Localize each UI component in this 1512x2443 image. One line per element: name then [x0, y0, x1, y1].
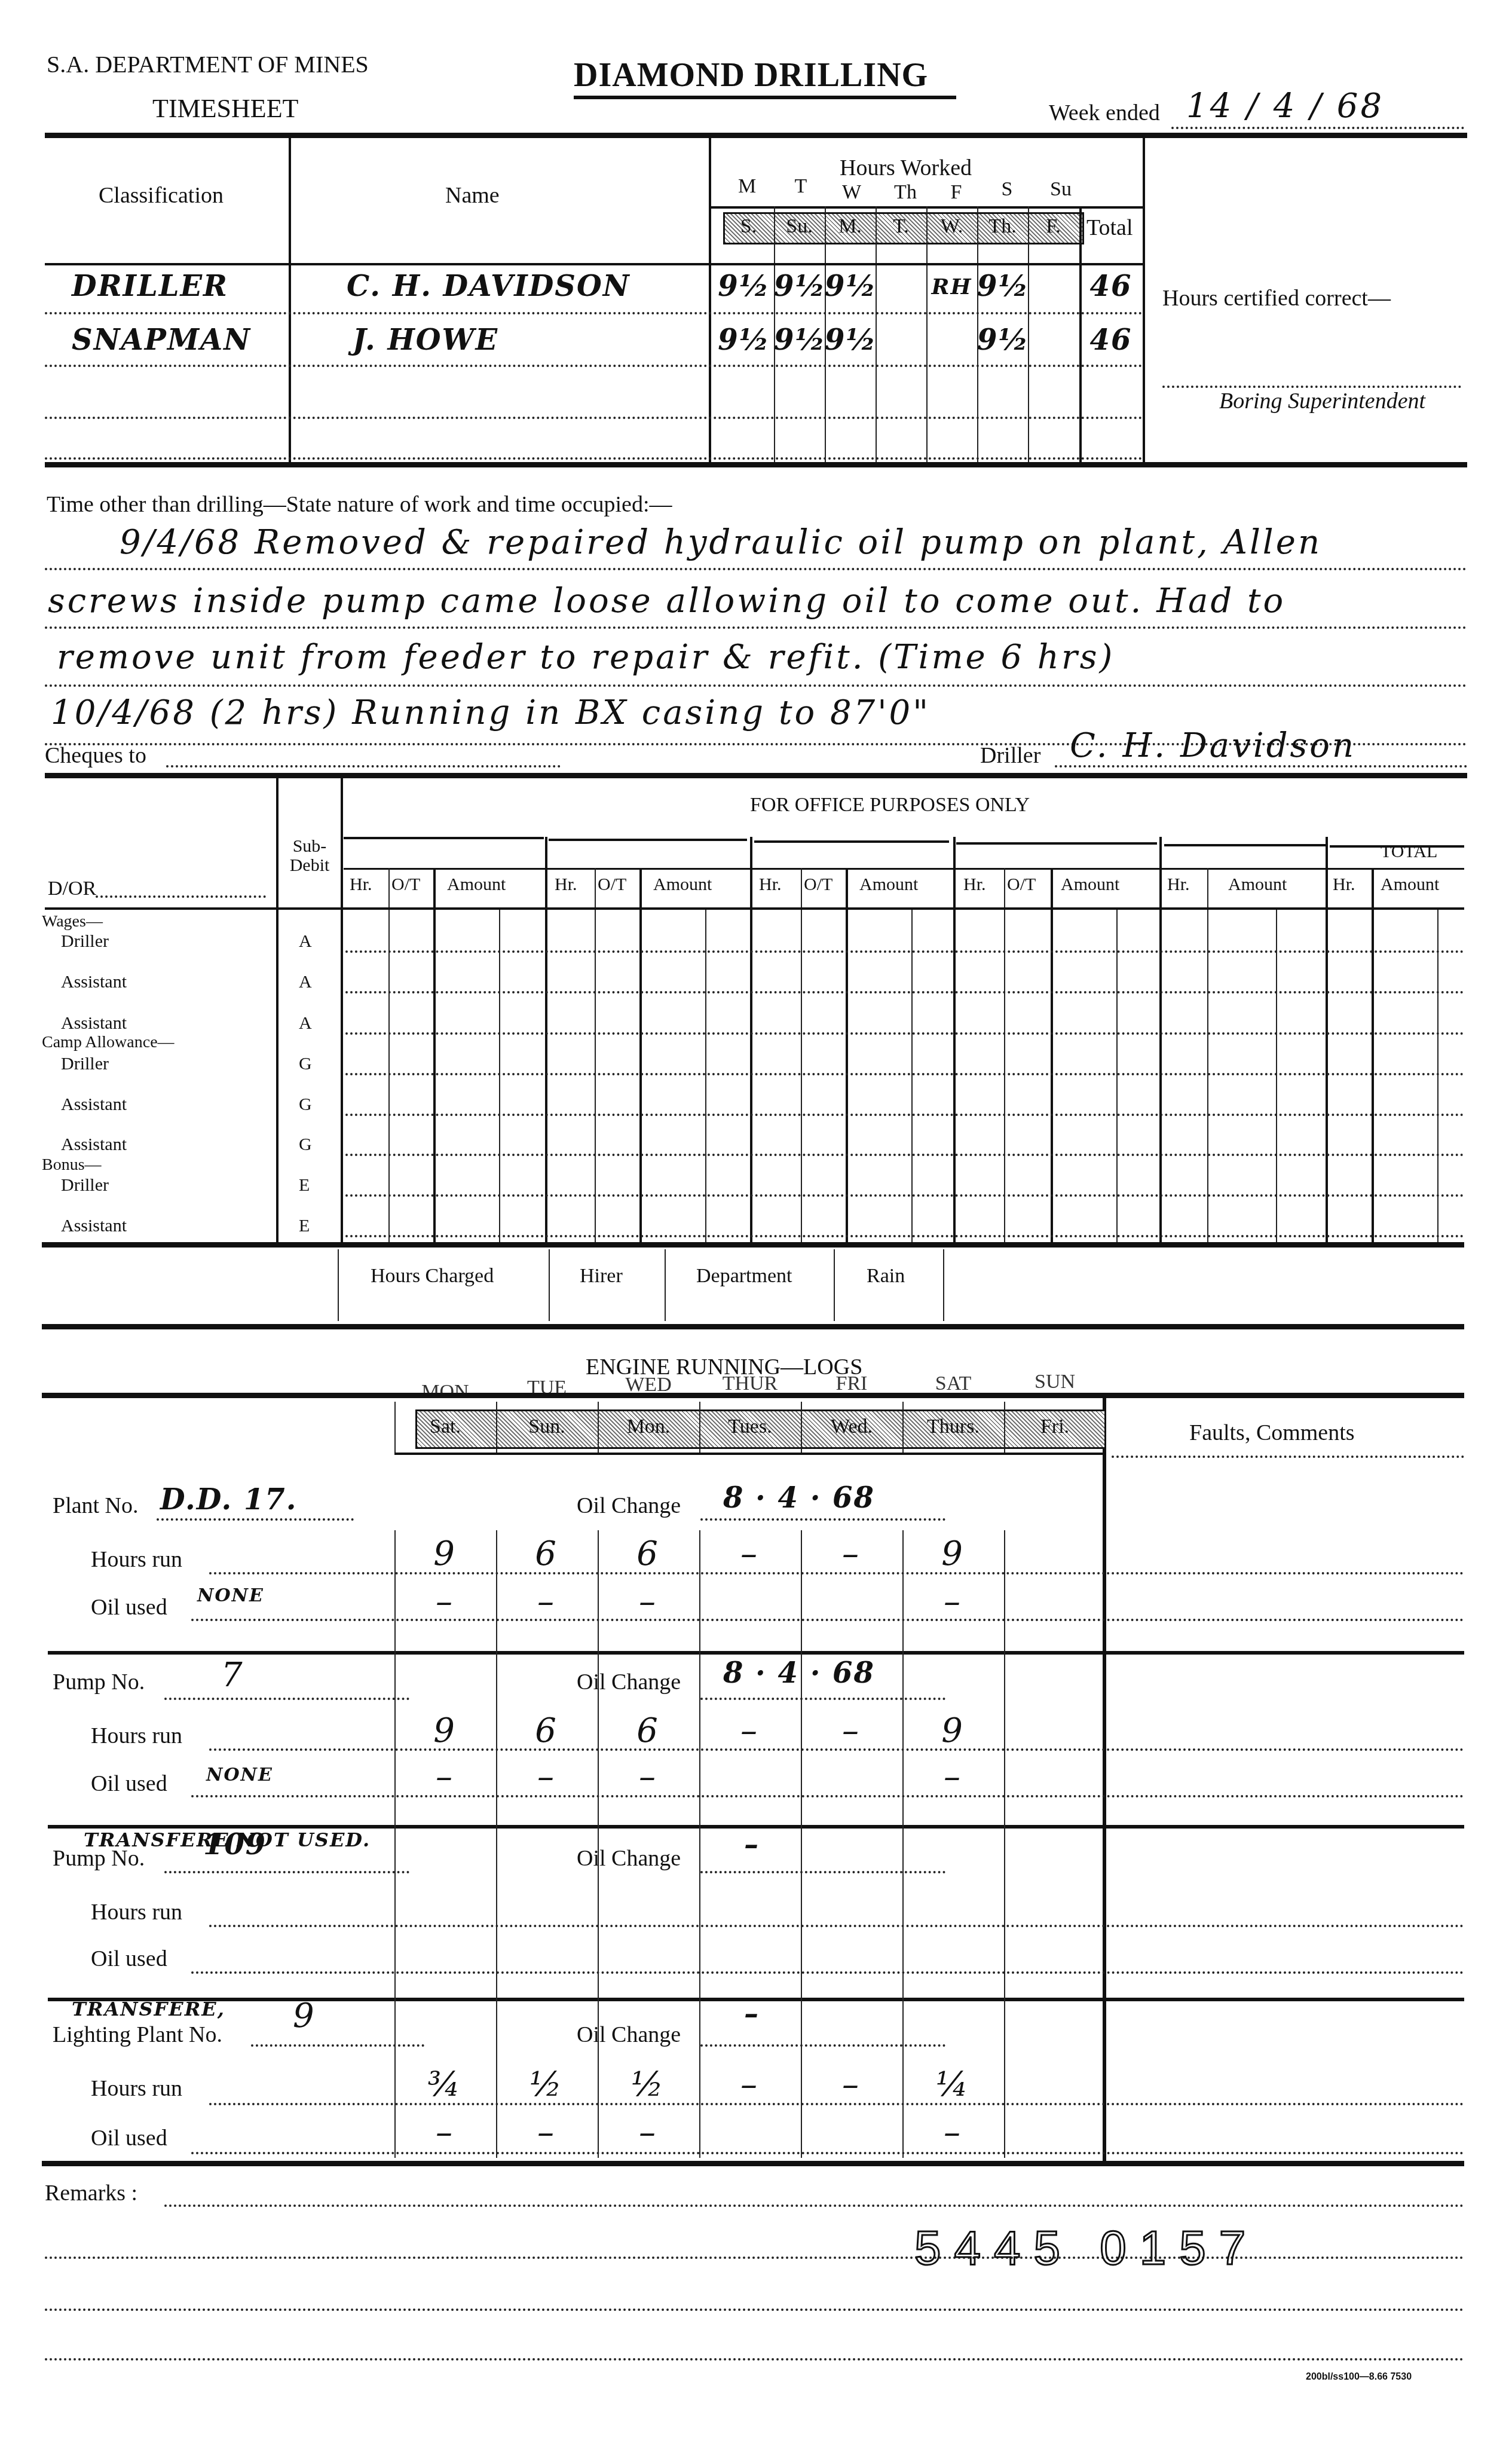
- write-line: [45, 684, 1467, 687]
- row-line: [345, 1194, 1464, 1197]
- divider: [388, 868, 390, 1246]
- day-letter: Th: [890, 182, 920, 203]
- oil-used-label: Oil used: [91, 1772, 167, 1795]
- write-line: [45, 626, 1467, 629]
- office-title: FOR OFFICE PURPOSES ONLY: [750, 795, 1030, 815]
- col-hr: Hr.: [1333, 876, 1355, 894]
- oil-change-label: Oil Change: [577, 1494, 681, 1517]
- shaded-day: Th.: [977, 216, 1028, 237]
- day-letter: T: [789, 176, 813, 197]
- col-hr: Hr.: [350, 876, 372, 894]
- week-ended-label: Week ended: [1049, 102, 1160, 124]
- subdebit-code: A: [299, 932, 312, 950]
- printed-day: Tues.: [699, 1417, 801, 1437]
- hours-run-cell[interactable]: 9: [394, 1537, 496, 1571]
- hours-run-cell[interactable]: –: [801, 1714, 902, 1748]
- divider: [699, 1530, 700, 2158]
- row-line: [45, 457, 1143, 460]
- divider: [1164, 844, 1326, 846]
- divider: [45, 907, 1464, 910]
- pump-no-value[interactable]: 7: [221, 1659, 245, 1692]
- row-line: [209, 2103, 1464, 2105]
- field-line: [251, 2044, 424, 2047]
- driller-signature-line: [1055, 765, 1467, 768]
- divider: [834, 1249, 835, 1321]
- hours-run-cell[interactable]: 9: [902, 1537, 1004, 1571]
- col-hr: Hr.: [1167, 876, 1190, 894]
- hours-worked-header: Hours Worked: [840, 157, 972, 179]
- col-amount: Amount: [653, 876, 712, 894]
- oil-used-cell[interactable]: –: [902, 1585, 1004, 1619]
- divider: [1143, 137, 1145, 462]
- col-hr: Hr.: [963, 876, 986, 894]
- print-code: 200bl/ss100—8.66 7530: [1306, 2372, 1412, 2383]
- oil-change-value[interactable]: –: [744, 1999, 760, 2028]
- row-line: [345, 1073, 1464, 1075]
- subdebit-code: A: [299, 973, 312, 991]
- oil-used-note[interactable]: NONE: [206, 1766, 273, 1784]
- shaded-day: Su.: [774, 216, 825, 237]
- superintendent-label: Boring Superintendent: [1219, 390, 1425, 412]
- divider: [545, 837, 547, 1246]
- group-label: Camp Allowance—: [42, 1034, 175, 1051]
- divider: [1207, 868, 1208, 1246]
- row-line: [191, 1619, 1464, 1621]
- name-header: Name: [445, 184, 500, 207]
- printed-day: Fri.: [1004, 1417, 1106, 1437]
- divider: [926, 206, 928, 462]
- col-amount: Amount: [1061, 876, 1119, 894]
- day-letter: M: [735, 176, 759, 197]
- row-line: [209, 1572, 1464, 1574]
- section-rule: [45, 462, 1467, 467]
- oil-change-label: Oil Change: [577, 2023, 681, 2046]
- row-label: Assistant: [61, 1217, 127, 1235]
- divider: [754, 840, 949, 843]
- col-hr: Hr.: [759, 876, 782, 894]
- printed-day: Sun.: [496, 1417, 598, 1437]
- hours-run-cell[interactable]: 6: [496, 1537, 598, 1571]
- divider: [496, 1530, 497, 2158]
- day-letter: F: [944, 182, 968, 203]
- col-amount: Amount: [447, 876, 506, 894]
- day-hand: SAT: [902, 1374, 1004, 1394]
- classification-header: Classification: [99, 184, 224, 207]
- lighting-plant-label: Lighting Plant No.: [53, 2023, 222, 2046]
- hours-run-cell[interactable]: –: [699, 1714, 801, 1748]
- divider: [394, 1402, 396, 1453]
- divider: [496, 1402, 497, 1453]
- divider: [289, 137, 291, 462]
- rain-label: Rain: [867, 1266, 905, 1286]
- divider: [433, 868, 436, 1246]
- col-hr: Hr.: [555, 876, 577, 894]
- shaded-day: F.: [1028, 216, 1079, 237]
- oil-used-cell[interactable]: –: [598, 1760, 699, 1794]
- divider: [953, 837, 956, 1246]
- hours-cell[interactable]: 9½: [977, 272, 1028, 301]
- oil-used-label: Oil used: [91, 1947, 167, 1970]
- hours-run-cell[interactable]: 9: [394, 1714, 496, 1748]
- divider: [1051, 868, 1053, 1246]
- hours-run-cell[interactable]: ½: [496, 2068, 598, 2102]
- row-line: [345, 950, 1464, 953]
- oil-used-label: Oil used: [91, 1596, 167, 1619]
- title-underline: [574, 96, 956, 99]
- comment-line[interactable]: [1112, 1456, 1464, 1458]
- section-rule: [45, 773, 1467, 778]
- subdebit-code: A: [299, 1014, 312, 1032]
- header-bottom-rule: [45, 263, 1143, 265]
- hours-run-cell[interactable]: –: [699, 2068, 801, 2102]
- department-label: Department: [696, 1266, 792, 1286]
- oil-used-cell[interactable]: –: [902, 1760, 1004, 1794]
- oil-used-note[interactable]: NONE: [197, 1587, 264, 1605]
- divider: [1004, 868, 1005, 1246]
- divider: [846, 868, 848, 1246]
- section-rule: [42, 1242, 1464, 1248]
- row-line: [345, 1032, 1464, 1035]
- divider: [956, 842, 1157, 845]
- oil-change-value[interactable]: –: [744, 1830, 760, 1859]
- section-rule: [42, 1324, 1464, 1329]
- row-line: [345, 991, 1464, 993]
- pump-no-value[interactable]: 109: [203, 1830, 267, 1859]
- row-line: [191, 2152, 1464, 2154]
- row-line: [45, 365, 1143, 367]
- divider: [276, 778, 278, 1246]
- total-label: TOTAL: [1381, 843, 1437, 861]
- oil-used-cell[interactable]: –: [598, 2116, 699, 2150]
- signature-line[interactable]: [1162, 386, 1461, 388]
- day-hand: THUR: [699, 1374, 801, 1394]
- divider: [595, 868, 596, 1246]
- time-other-label: Time other than drilling—State nature of…: [47, 493, 672, 516]
- oil-used-cell[interactable]: –: [394, 1585, 496, 1619]
- hours-run-label: Hours run: [91, 1548, 182, 1571]
- driller-signature[interactable]: C. H. Davidson: [1070, 729, 1356, 763]
- day-hand: MON: [394, 1382, 496, 1402]
- day-hand: SUN: [1004, 1372, 1106, 1392]
- row-line: [345, 1114, 1464, 1116]
- certified-label: Hours certified correct—: [1162, 287, 1391, 310]
- hirer-label: Hirer: [580, 1266, 623, 1286]
- oil-used-cell[interactable]: –: [902, 2116, 1004, 2150]
- field-line: [157, 1518, 354, 1521]
- row-classification[interactable]: DRILLER: [72, 272, 228, 301]
- divider: [344, 837, 544, 839]
- oil-used-label: Oil used: [91, 2127, 167, 2150]
- remarks-label: Remarks :: [45, 2182, 137, 2204]
- page-title: DIAMOND DRILLING: [574, 59, 928, 92]
- work-line[interactable]: 10/4/68 (2 hrs) Running in BX casing to …: [51, 696, 931, 730]
- row-line: [191, 1971, 1464, 1974]
- plant-no-value[interactable]: D.D. 17.: [160, 1485, 297, 1514]
- divider: [394, 1453, 1103, 1455]
- divider: [1103, 1398, 1106, 2163]
- row-line: [209, 1925, 1464, 1927]
- section-note[interactable]: TRANSFERE,: [72, 1999, 225, 2019]
- work-line[interactable]: 9/4/68 Removed & repaired hydraulic oil …: [120, 526, 1322, 559]
- shaded-day: S.: [723, 216, 774, 237]
- dor-field[interactable]: [96, 895, 266, 898]
- printed-day: Thurs.: [902, 1417, 1004, 1437]
- divider: [801, 1530, 802, 2158]
- oil-used-cell[interactable]: –: [598, 1585, 699, 1619]
- subdebit-code: G: [299, 1055, 312, 1073]
- oil-used-cell[interactable]: –: [496, 1585, 598, 1619]
- hours-run-cell[interactable]: ½: [598, 2068, 699, 2102]
- divider: [709, 137, 711, 462]
- subdebit-code: G: [299, 1136, 312, 1154]
- work-line[interactable]: remove unit from feeder to repair & refi…: [57, 641, 1115, 674]
- field-line: [700, 1518, 945, 1521]
- section-rule: [42, 1393, 1464, 1398]
- row-label: Assistant: [61, 1014, 127, 1032]
- total-cell[interactable]: 46: [1079, 272, 1143, 301]
- printed-day: Sat.: [394, 1417, 496, 1437]
- divider: [1159, 837, 1162, 1246]
- stamp-number: 5445 0157: [914, 2221, 1259, 2276]
- col-amount: Amount: [1381, 876, 1439, 894]
- hours-run-label: Hours run: [91, 1725, 182, 1747]
- hours-cell[interactable]: 9½: [825, 272, 876, 301]
- group-label: Wages—: [42, 913, 103, 930]
- hours-cell[interactable]: 9½: [825, 326, 876, 354]
- col-amount: Amount: [859, 876, 918, 894]
- printed-day: Wed.: [801, 1417, 902, 1437]
- pump-no-label: Pump No.: [53, 1847, 145, 1870]
- cheques-to-label: Cheques to: [45, 744, 146, 767]
- subdebit-code: G: [299, 1096, 312, 1114]
- divider: [1004, 1530, 1005, 2158]
- day-letter: S: [995, 179, 1019, 200]
- divider: [1326, 837, 1328, 1246]
- divider: [665, 1249, 666, 1321]
- row-label: Driller: [61, 1176, 109, 1194]
- divider: [598, 1530, 599, 2158]
- work-line[interactable]: screws inside pump came loose allowing o…: [48, 585, 1285, 618]
- day-hand: WED: [598, 1375, 699, 1395]
- col-amount: Amount: [1228, 876, 1287, 894]
- oil-used-cell[interactable]: –: [394, 2116, 496, 2150]
- hours-cell[interactable]: 9½: [714, 326, 774, 354]
- hours-cell[interactable]: 9½: [774, 272, 825, 301]
- hours-run-cell[interactable]: 6: [598, 1537, 699, 1571]
- divider: [699, 1402, 700, 1453]
- header-rule: [45, 133, 1467, 138]
- field-line: [700, 1698, 945, 1700]
- hours-run-cell[interactable]: –: [699, 1537, 801, 1571]
- oil-change-value[interactable]: 8 · 4 · 68: [723, 1659, 875, 1687]
- divider: [639, 868, 642, 1246]
- week-ended-value[interactable]: 14 / 4 / 68: [1186, 90, 1384, 123]
- divider: [902, 1530, 904, 2158]
- row-line: [45, 312, 1143, 314]
- hours-run-label: Hours run: [91, 2077, 182, 2100]
- printed-day: Mon.: [598, 1417, 699, 1437]
- oil-used-cell[interactable]: –: [496, 1760, 598, 1794]
- hours-run-cell[interactable]: ¾: [394, 2068, 496, 2102]
- divider: [48, 1651, 1464, 1655]
- row-label: Assistant: [61, 973, 127, 991]
- row-label: Assistant: [61, 1096, 127, 1114]
- divider: [750, 837, 752, 1246]
- row-label: Driller: [61, 932, 109, 950]
- day-letter: W: [840, 182, 864, 203]
- divider: [394, 1530, 396, 2158]
- oil-used-cell[interactable]: –: [394, 1760, 496, 1794]
- oil-change-label: Oil Change: [577, 1847, 681, 1870]
- row-classification[interactable]: SNAPMAN: [72, 326, 251, 354]
- divider: [801, 1402, 802, 1453]
- row-line: [191, 1795, 1464, 1797]
- total-cell[interactable]: 46: [1079, 326, 1143, 354]
- hours-cell[interactable]: RH: [926, 276, 977, 298]
- field-line: [700, 1871, 945, 1873]
- hours-run-cell[interactable]: 6: [496, 1714, 598, 1748]
- col-ot: O/T: [598, 876, 626, 894]
- divider: [801, 868, 802, 1246]
- col-ot: O/T: [1007, 876, 1036, 894]
- field-line: [164, 1698, 409, 1700]
- lighting-plant-value[interactable]: 9: [293, 1999, 317, 2033]
- shaded-day: T.: [876, 216, 926, 237]
- hours-run-cell[interactable]: –: [801, 2068, 902, 2102]
- divider: [344, 868, 1464, 870]
- hours-charged-label: Hours Charged: [371, 1266, 494, 1286]
- divider: [902, 1402, 904, 1453]
- week-ended-line: [1171, 127, 1464, 129]
- row-label: Driller: [61, 1055, 109, 1073]
- shaded-day: W.: [926, 216, 977, 237]
- col-ot: O/T: [391, 876, 420, 894]
- row-name[interactable]: C. H. DAVIDSON: [347, 272, 630, 301]
- col-ot: O/T: [804, 876, 832, 894]
- total-header: Total: [1086, 216, 1133, 239]
- remarks-line[interactable]: [164, 2204, 1464, 2207]
- remarks-line[interactable]: [45, 2358, 1464, 2361]
- divider: [338, 1249, 339, 1321]
- day-letter: Su: [1046, 179, 1076, 200]
- dor-label: D/OR: [48, 879, 96, 899]
- divider: [598, 1402, 599, 1453]
- shaded-day: M.: [825, 216, 876, 237]
- oil-change-value[interactable]: 8 · 4 · 68: [723, 1484, 875, 1512]
- subdebit-label: Sub-Debit: [286, 837, 333, 875]
- section-rule: [42, 2161, 1464, 2166]
- divider: [943, 1249, 944, 1321]
- oil-change-label: Oil Change: [577, 1671, 681, 1693]
- divider: [1372, 868, 1374, 1246]
- hours-run-cell[interactable]: 6: [598, 1714, 699, 1748]
- hours-run-label: Hours run: [91, 1901, 182, 1924]
- hours-cell[interactable]: 9½: [714, 272, 774, 301]
- remarks-line[interactable]: [45, 2309, 1464, 2311]
- divider: [1004, 1402, 1005, 1453]
- form-name: TIMESHEET: [152, 96, 298, 122]
- row-line: [209, 1748, 1464, 1751]
- hours-cell[interactable]: 9½: [977, 326, 1028, 354]
- row-name[interactable]: J. HOWE: [353, 326, 498, 354]
- row-line: [345, 1235, 1464, 1237]
- pump-no-label: Pump No.: [53, 1671, 145, 1693]
- divider: [549, 839, 747, 841]
- department-label: S.A. DEPARTMENT OF MINES: [47, 53, 369, 77]
- subdebit-code: E: [299, 1217, 310, 1235]
- row-line: [45, 417, 1143, 419]
- oil-used-cell[interactable]: –: [496, 2116, 598, 2150]
- faults-comments-label: Faults, Comments: [1189, 1421, 1355, 1444]
- day-hand: FRI: [801, 1374, 902, 1394]
- write-line: [45, 568, 1467, 570]
- row-line: [345, 1154, 1464, 1156]
- row-label: Assistant: [61, 1136, 127, 1154]
- hours-run-cell[interactable]: –: [801, 1537, 902, 1571]
- hours-run-cell[interactable]: ¼: [902, 2068, 1004, 2102]
- divider: [549, 1249, 550, 1321]
- subdebit-code: E: [299, 1176, 310, 1194]
- group-label: Bonus—: [42, 1157, 102, 1173]
- divider: [341, 778, 343, 1246]
- plant-no-label: Plant No.: [53, 1494, 139, 1517]
- hours-cell[interactable]: 9½: [774, 326, 825, 354]
- cheques-to-field[interactable]: [166, 765, 561, 768]
- field-line: [164, 1871, 409, 1873]
- field-line: [700, 2044, 945, 2047]
- driller-label: Driller: [980, 744, 1040, 767]
- hours-run-cell[interactable]: 9: [902, 1714, 1004, 1748]
